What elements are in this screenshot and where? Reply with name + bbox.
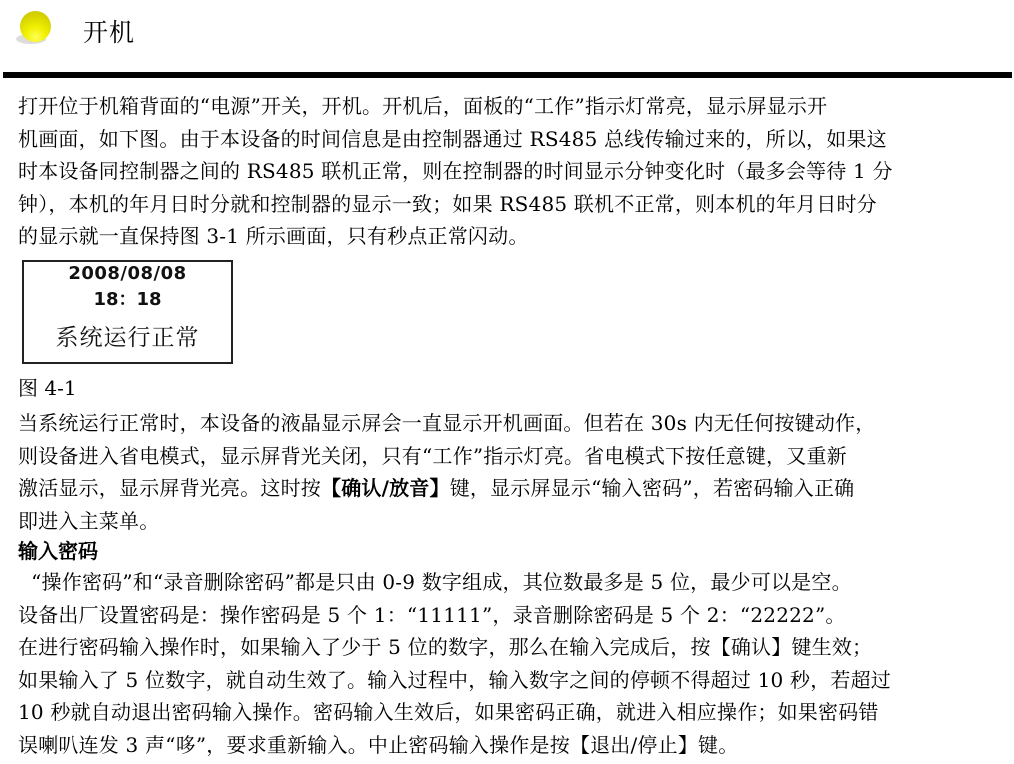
text-line: 在进行密码输入操作时，如果输入了少于 5 位的数字，那么在输入完成后，按【确认】… xyxy=(18,631,968,664)
lcd-status: 系统运行正常 xyxy=(24,324,231,352)
lcd-time: 18：18 xyxy=(24,289,231,311)
text-segment: 激活显示，显示屏背光亮。这时按 xyxy=(18,476,321,500)
confirm-play-key-label: 【确认/放音】 xyxy=(321,476,450,500)
lcd-screen-figure: 2008/08/08 18：18 系统运行正常 xyxy=(22,260,233,364)
text-line: 设备出厂设置密码是：操作密码是 5 个 1：“11111”，录音删除密码是 5 … xyxy=(18,599,968,632)
text-line: 钟），本机的年月日时分就和控制器的显示一致；如果 RS485 联机不正常，则本机… xyxy=(18,188,968,221)
text-segment: 键，显示屏显示“输入密码”，若密码输入正确 xyxy=(450,476,855,500)
text-line: 误喇叭连发 3 声“哆”，要求重新输入。中止密码输入操作是按【退出/停止】键。 xyxy=(18,729,968,762)
text-line: 时本设备同控制器之间的 RS485 联机正常，则在控制器的时间显示分钟变化时（最… xyxy=(18,155,968,188)
text-line: 的显示就一直保持图 3-1 所示画面，只有秒点正常闪动。 xyxy=(18,220,968,253)
page-title: 开机 xyxy=(83,18,135,48)
text-line: “操作密码”和“录音删除密码”都是只由 0-9 数字组成，其位数最多是 5 位，… xyxy=(18,566,968,599)
yellow-bullet-icon xyxy=(20,11,51,42)
text-line: 如果输入了 5 位数字，就自动生效了。输入过程中，输入数字之间的停顿不得超过 1… xyxy=(18,664,968,697)
text-line: 机画面，如下图。由于本设备的时间信息是由控制器通过 RS485 总线传输过来的，… xyxy=(18,123,968,156)
section-header: 开机 xyxy=(0,0,1014,78)
figure-caption: 图 4-1 xyxy=(18,374,77,402)
text-line: 则设备进入省电模式，显示屏背光关闭，只有“工作”指示灯亮。省电模式下按任意键，又… xyxy=(18,440,968,473)
section-heading-password: 输入密码 xyxy=(18,537,98,565)
normal-operation-paragraph: 当系统运行正常时，本设备的液晶显示屏会一直显示开机画面。但若在 30s 内无任何… xyxy=(18,407,968,537)
text-line: 即进入主菜单。 xyxy=(18,505,968,538)
password-paragraph: “操作密码”和“录音删除密码”都是只由 0-9 数字组成，其位数最多是 5 位，… xyxy=(18,566,968,762)
text-line: 10 秒就自动退出密码输入操作。密码输入生效后，如果密码正确，就进入相应操作；如… xyxy=(18,696,968,729)
lcd-date: 2008/08/08 xyxy=(24,263,231,285)
title-divider xyxy=(3,72,1012,78)
text-line: 打开位于机箱背面的“电源”开关，开机。开机后，面板的“工作”指示灯常亮，显示屏显… xyxy=(18,90,968,123)
text-line: 当系统运行正常时，本设备的液晶显示屏会一直显示开机画面。但若在 30s 内无任何… xyxy=(18,407,968,440)
text-line: 激活显示，显示屏背光亮。这时按【确认/放音】键，显示屏显示“输入密码”，若密码输… xyxy=(18,472,968,505)
intro-paragraph: 打开位于机箱背面的“电源”开关，开机。开机后，面板的“工作”指示灯常亮，显示屏显… xyxy=(18,90,968,253)
